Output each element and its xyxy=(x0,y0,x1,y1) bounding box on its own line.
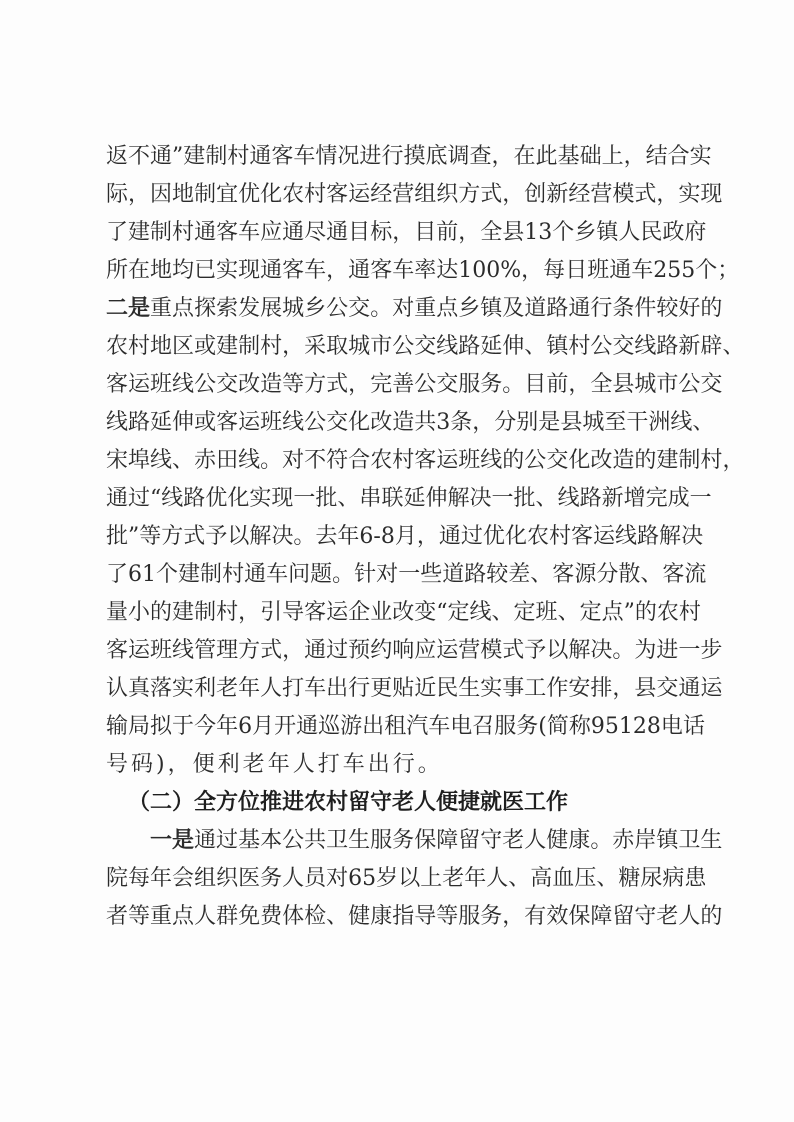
text-line: 一是通过基本公共卫生服务保障留守老人健康。赤岸镇卫生 xyxy=(106,822,690,860)
section-heading-text: （二）全方位推进农村留守老人便捷就医工作 xyxy=(128,784,568,822)
text-line: 所在地均已实现通客车，通客车率达100%，每日班通车255个； xyxy=(106,252,690,290)
text-line: 者等重点人群免费体检、健康指导等服务，有效保障留守老人的 xyxy=(106,898,690,936)
text-line: 了建制村通客车应通尽通目标，目前，全县13个乡镇人民政府 xyxy=(106,214,690,252)
text-line: 了61个建制村通车问题。针对一些道路较差、客源分散、客流 xyxy=(106,556,690,594)
text-line: 线路延伸或客运班线公交化改造共3条，分别是县城至干洲线、 xyxy=(106,404,690,442)
text-line: 批”等方式予以解决。去年6-8月，通过优化农村客运线路解决 xyxy=(106,518,690,556)
text-line: 输局拟于今年6月开通巡游出租汽车电召服务(简称95128电话 xyxy=(106,708,690,746)
text-line: 号码)，便利老年人打车出行。 xyxy=(106,746,690,784)
text-line: 客运班线公交改造等方式，完善公交服务。目前，全县城市公交 xyxy=(106,366,690,404)
text-line: 院每年会组织医务人员对65岁以上老年人、高血压、糖尿病患 xyxy=(106,860,690,898)
paragraph-rural-transit: 返不通”建制村通客车情况进行摸底调查，在此基础上，结合实际，因地制宜优化农村客运… xyxy=(106,138,690,784)
text-line: 农村地区或建制村，采取城市公交线路延伸、镇村公交线路新辟、 xyxy=(106,328,690,366)
text-line: 通过“线路优化实现一批、串联延伸解决一批、线路新增完成一 xyxy=(106,480,690,518)
text-line: 认真落实利老年人打车出行更贴近民生实事工作安排，县交通运 xyxy=(106,670,690,708)
paragraph-medical-care: 一是通过基本公共卫生服务保障留守老人健康。赤岸镇卫生院每年会组织医务人员对65岁… xyxy=(106,822,690,936)
text-line: 客运班线管理方式，通过预约响应运营模式予以解决。为进一步 xyxy=(106,632,690,670)
text-line: 返不通”建制村通客车情况进行摸底调查，在此基础上，结合实 xyxy=(106,138,690,176)
text-line: 量小的建制村，引导客运企业改变“定线、定班、定点”的农村 xyxy=(106,594,690,632)
text-line: 二是重点探索发展城乡公交。对重点乡镇及道路通行条件较好的 xyxy=(106,290,690,328)
section-heading: （二）全方位推进农村留守老人便捷就医工作 xyxy=(106,784,690,822)
document-page: 返不通”建制村通客车情况进行摸底调查，在此基础上，结合实际，因地制宜优化农村客运… xyxy=(106,138,690,936)
text-line: 宋埠线、赤田线。对不符合农村客运班线的公交化改造的建制村， xyxy=(106,442,690,480)
text-line: 际，因地制宜优化农村客运经营组织方式，创新经营模式，实现 xyxy=(106,176,690,214)
